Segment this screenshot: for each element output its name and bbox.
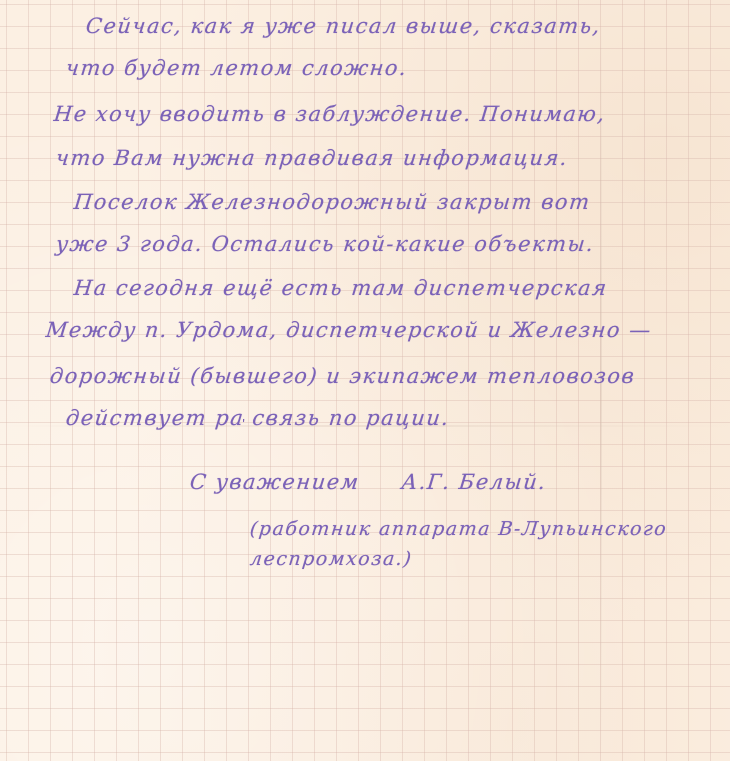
letter-page: Сейчас, как я уже писал выше, сказать, ч…	[0, 0, 730, 761]
signature: А.Г. Белый.	[400, 470, 547, 494]
letter-line-8: Между п. Урдома, диспетчерской и Железно…	[45, 318, 653, 342]
letter-line-6: уже 3 года. Остались кой-какие объекты.	[55, 232, 596, 256]
letter-line-2: что будет летом сложно.	[65, 56, 409, 80]
letter-line-4: что Вам нужна правдивая информация.	[55, 146, 570, 170]
letter-line-3: Не хочу вводить в заблуждение. Понимаю,	[53, 102, 607, 126]
closing-salutation: С уважением	[189, 470, 361, 494]
letter-line-7: На сегодня ещё есть там диспетчерская	[73, 276, 609, 300]
letter-line-10: действует ра связь по рации.	[65, 406, 451, 430]
postscript-line-2: леспромхоза.)	[249, 548, 414, 570]
postscript-line-1: (работник аппарата В-Лупьинского	[249, 518, 668, 540]
letter-line-5: Поселок Железнодорожный закрыт вот	[73, 190, 592, 214]
line-text-after-strike: связь по рации.	[243, 406, 451, 430]
closing-line: С уважениемА.Г. Белый.	[189, 470, 548, 494]
letter-line-9: дорожный (бывшего) и экипажем тепловозов	[49, 364, 637, 388]
letter-line-1: Сейчас, как я уже писал выше, сказать,	[85, 14, 602, 38]
struck-out-text: ра	[214, 406, 245, 430]
line-text-before-strike: действует	[65, 406, 217, 430]
